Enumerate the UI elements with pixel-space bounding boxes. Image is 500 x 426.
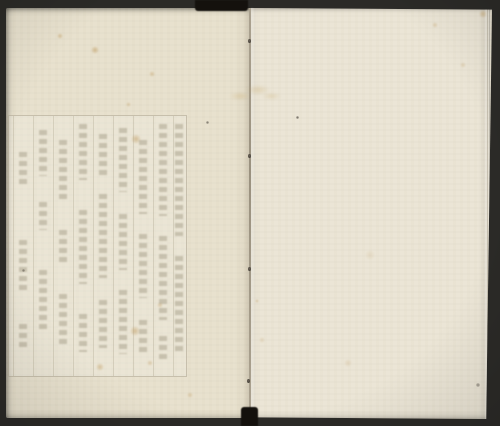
bleedthrough-character-column [175, 256, 183, 352]
bleedthrough-character-column [139, 320, 147, 356]
bleedthrough-character-column [59, 230, 67, 266]
column-rule-line [53, 116, 54, 376]
foxing-spot [126, 102, 131, 107]
bleedthrough-character-column [79, 314, 87, 352]
binding-notch-bottom [241, 407, 258, 426]
column-rule-line [173, 116, 174, 376]
dark-speck [22, 269, 25, 272]
foxing-spot [147, 360, 153, 366]
foxing-spot [460, 62, 466, 68]
column-rule-line [93, 116, 94, 376]
page-stack-fore-edge [478, 8, 490, 419]
foxing-spot [157, 302, 163, 308]
dark-speck [476, 383, 480, 387]
column-rule-line [13, 116, 14, 376]
right-page [250, 8, 492, 419]
bleedthrough-character-column [39, 202, 47, 230]
column-rule-line [153, 116, 154, 376]
left-page [6, 8, 250, 418]
book-scan-photo [0, 0, 500, 426]
bleedthrough-character-column [19, 152, 27, 188]
column-rule-line [33, 116, 34, 376]
dark-speck [206, 121, 209, 124]
foxing-spot [131, 134, 141, 144]
bleedthrough-character-column [119, 290, 127, 354]
foxing-spot [187, 392, 193, 398]
column-rule-line [113, 116, 114, 376]
bleedthrough-character-column [99, 300, 107, 348]
bleedthrough-character-column [59, 140, 67, 202]
bleedthrough-character-column [39, 270, 47, 332]
bleedthrough-character-column [79, 210, 87, 284]
column-rule-line [133, 116, 134, 376]
bleedthrough-character-column [99, 134, 107, 176]
bleedthrough-character-column [79, 124, 87, 180]
stitch-hole [248, 39, 251, 43]
bleedthrough-character-column [159, 124, 167, 216]
bleedthrough-character-column [119, 214, 127, 270]
dark-speck [296, 116, 299, 119]
foxing-spot [259, 337, 265, 343]
bleedthrough-character-column [39, 130, 47, 176]
gutter-page-edge-highlight [250, 8, 258, 419]
stitch-hole [248, 267, 251, 271]
foxing-spot [432, 22, 438, 28]
bleedthrough-character-column [59, 294, 67, 348]
foxing-spot [91, 46, 99, 54]
foxing-spot [365, 250, 375, 260]
foxing-spot [255, 299, 259, 303]
foxing-spot [96, 363, 104, 371]
stitch-hole [247, 379, 250, 383]
bleedthrough-character-column [19, 240, 27, 294]
binding-gutter-seam [249, 8, 251, 417]
binding-notch-top [195, 0, 248, 11]
bleedthrough-character-column [19, 324, 27, 350]
foxing-spot [479, 10, 487, 18]
bleedthrough-text-grid [8, 115, 187, 377]
bleedthrough-character-column [99, 194, 107, 278]
column-rule-line [73, 116, 74, 376]
stitch-hole [248, 154, 251, 158]
foxing-spot [130, 326, 140, 336]
bleedthrough-character-column [139, 140, 147, 214]
bleedthrough-character-column [139, 234, 147, 298]
gutter-stain [224, 80, 282, 106]
bleedthrough-character-column [119, 128, 127, 192]
bleedthrough-character-column [175, 124, 183, 236]
bleedthrough-character-column [159, 336, 167, 362]
foxing-spot [149, 71, 155, 77]
foxing-spot [344, 359, 352, 367]
foxing-spot [57, 33, 63, 39]
